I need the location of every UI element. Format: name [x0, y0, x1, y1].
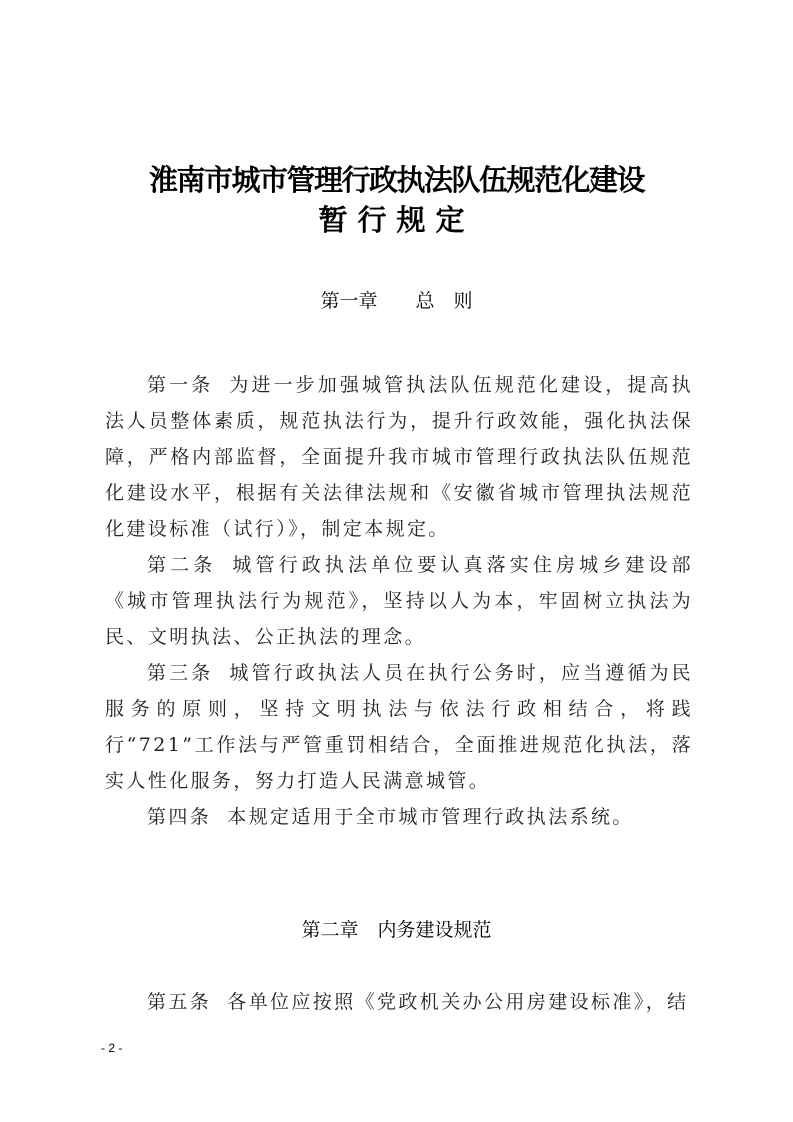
article-3: 第三条城管行政执法人员在执行公务时，应当遵循为民服务的原则，坚持文明执法与依法行…: [105, 655, 693, 799]
article-label: 第一条: [147, 374, 213, 396]
chapter-2-body: 第五条各单位应按照《党政机关办公用房建设标准》，结: [105, 984, 693, 1020]
article-label: 第五条: [147, 991, 211, 1013]
document-title: 淮南市城市管理行政执法队伍规范化建设: [0, 158, 793, 199]
article-label: 第三条: [147, 662, 213, 684]
article-label: 第二条: [147, 554, 216, 576]
article-1: 第一条为进一步加强城管执法队伍规范化建设，提高执法人员整体素质，规范执法行为，提…: [105, 367, 693, 547]
article-label: 第四条: [147, 806, 211, 828]
article-text: 各单位应按照《党政机关办公用房建设标准》，结: [227, 991, 688, 1013]
chapter-1-heading: 第一章 总 则: [0, 286, 793, 313]
document-subtitle: 暂行规定: [0, 198, 793, 239]
article-text: 本规定适用于全市城市管理行政执法系统。: [227, 806, 634, 828]
chapter-1-body: 第一条为进一步加强城管执法队伍规范化建设，提高执法人员整体素质，规范执法行为，提…: [105, 367, 693, 835]
chapter-2-heading: 第二章 内务建设规范: [0, 915, 793, 942]
article-text: 为进一步加强城管执法队伍规范化建设，提高执法人员整体素质，规范执法行为，提升行政…: [105, 374, 693, 540]
article-4: 第四条本规定适用于全市城市管理行政执法系统。: [105, 799, 693, 835]
page-number: - 2 -: [101, 1041, 122, 1055]
article-5: 第五条各单位应按照《党政机关办公用房建设标准》，结: [105, 984, 693, 1020]
article-2: 第二条城管行政执法单位要认真落实住房城乡建设部《城市管理执法行为规范》，坚持以人…: [105, 547, 693, 655]
